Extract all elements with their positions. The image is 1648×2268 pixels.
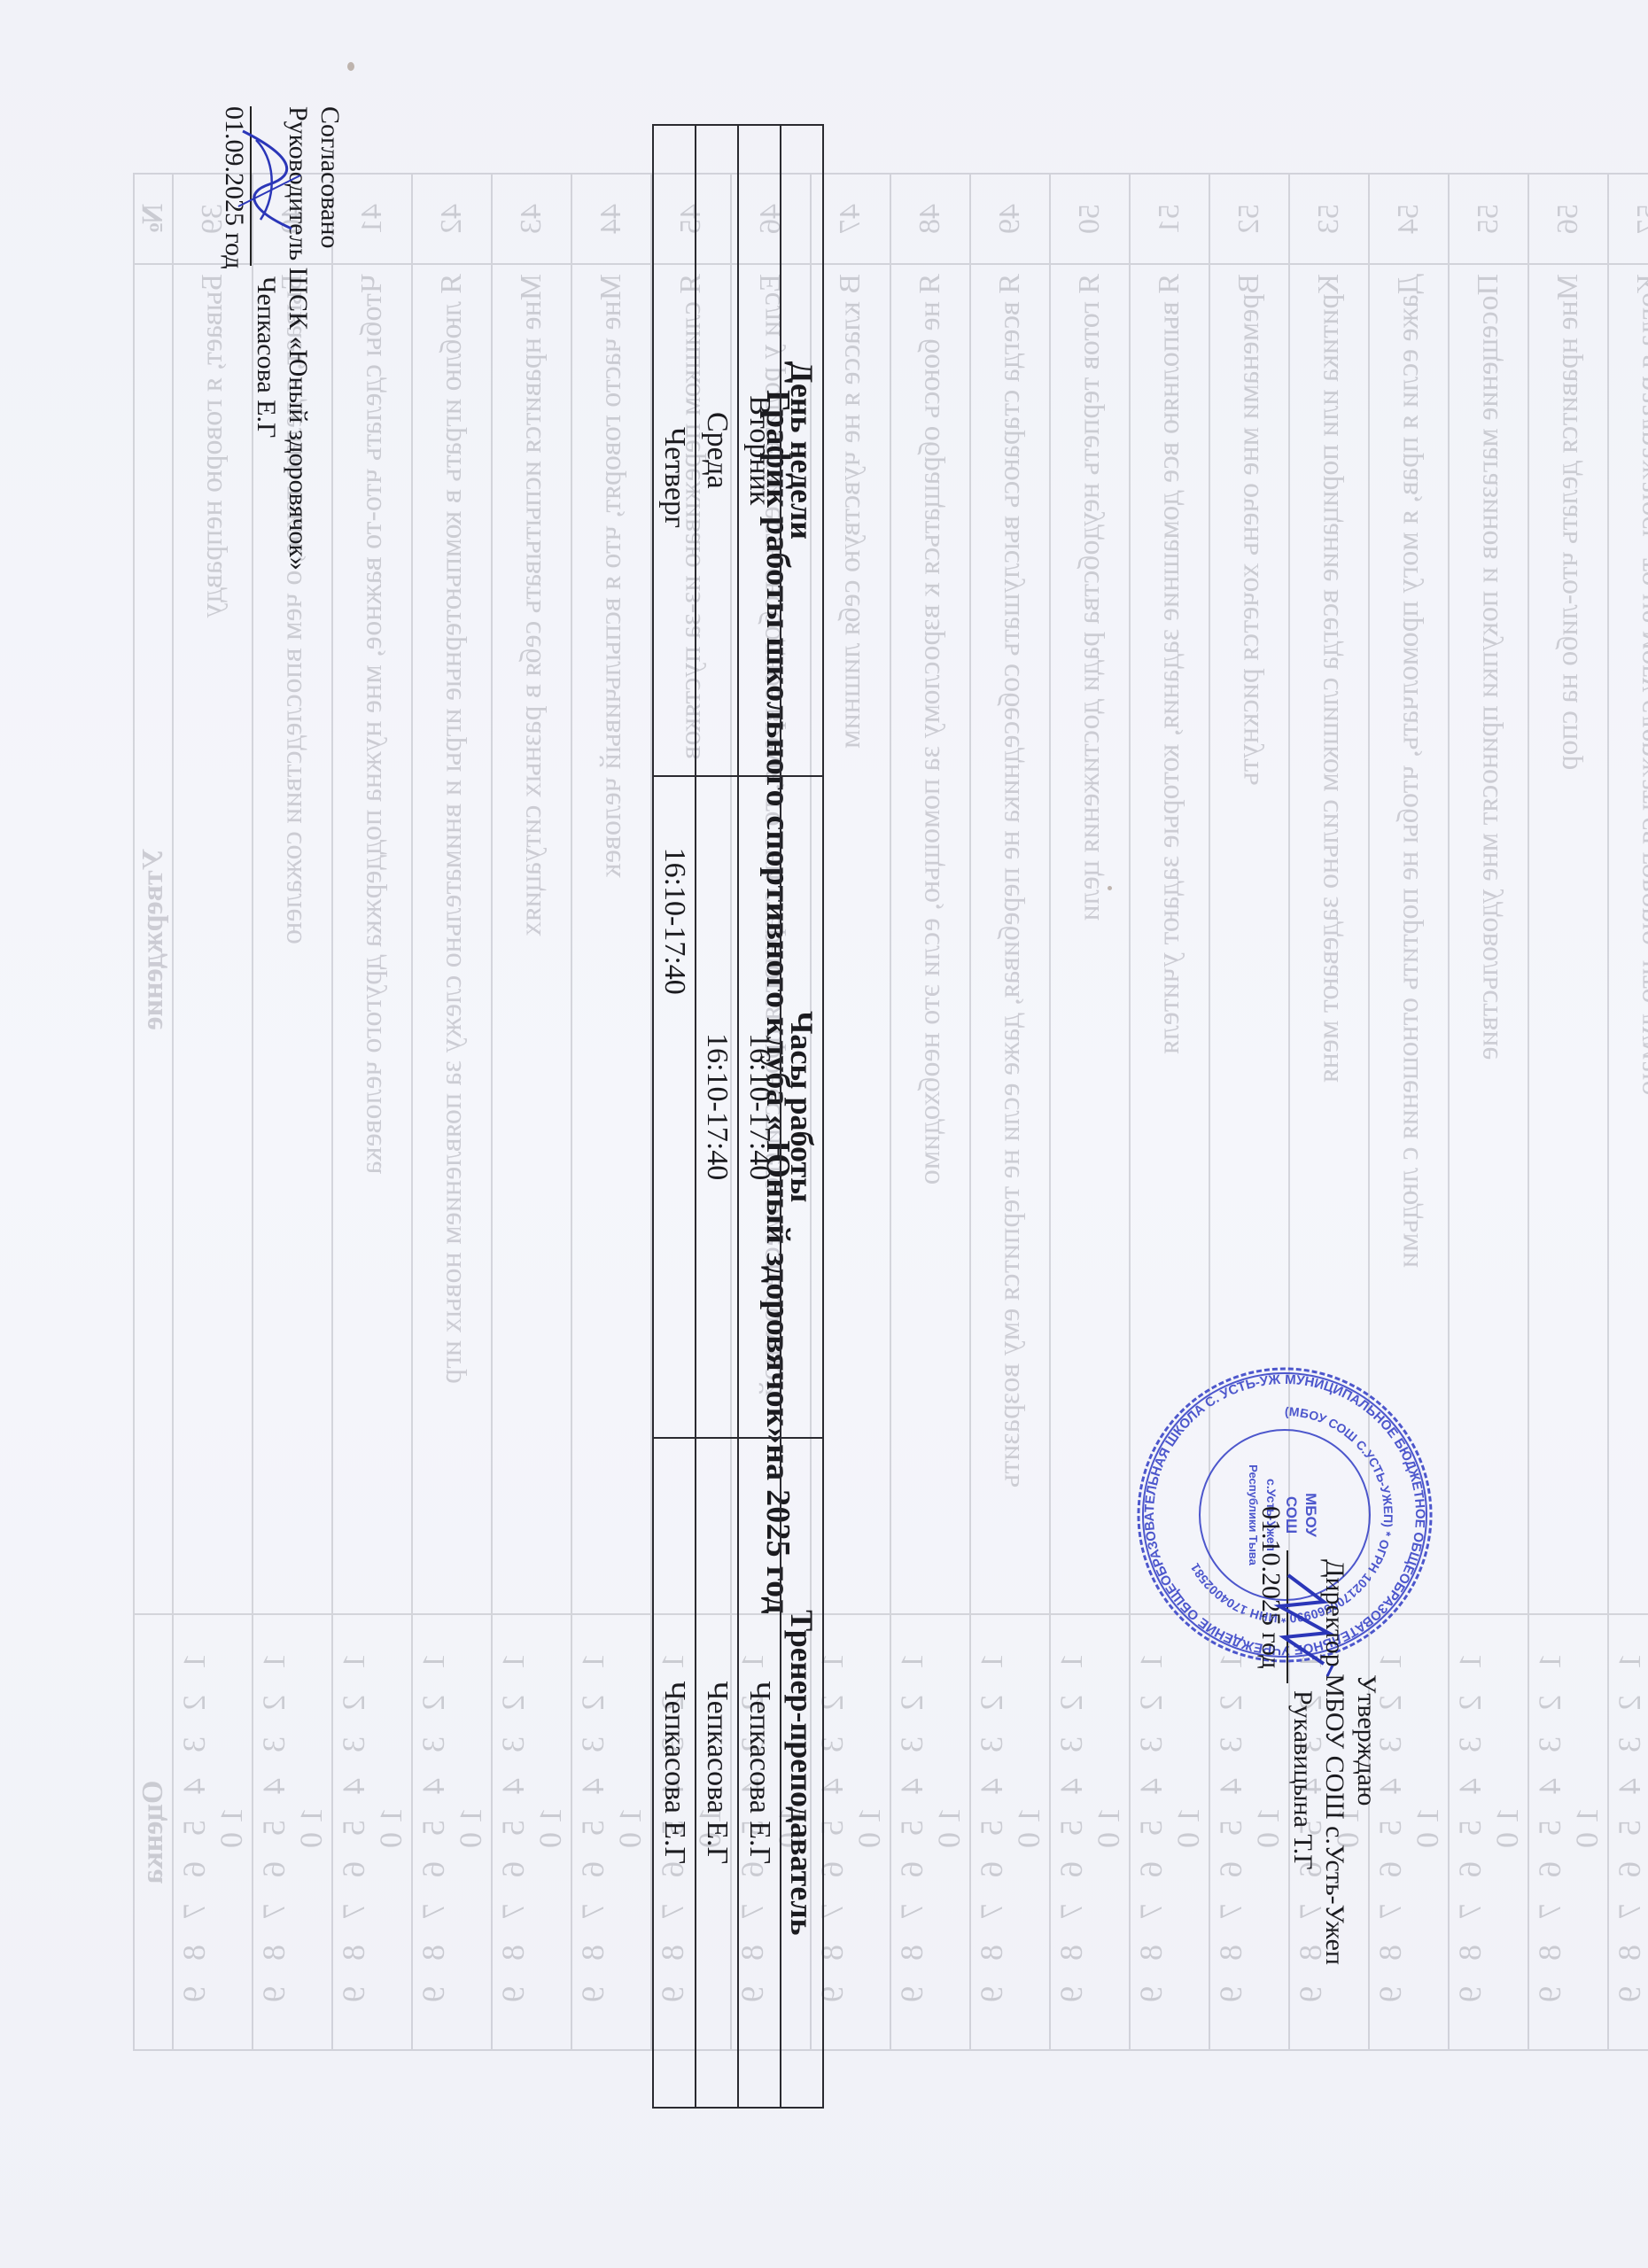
bleed-number: 57 [1608,174,1648,264]
table-row: Вторник 16:10-17:40 Чепкасова Е.Г [738,125,781,2108]
bleed-header-score: Оценка [134,1614,173,2050]
bleed-statement: Я не боюсь обращаться к взрослому за пом… [890,264,970,1614]
schedule-header-row: День недели Часы работы Тренер-преподава… [781,125,823,2108]
table-row: Среда 16:10-17:40 Чепкасова Е.Г [696,125,738,2108]
bleed-number: 44 [571,174,651,264]
bleed-number: 53 [1289,174,1369,264]
bleed-row: 48Я не боюсь обращаться к взрослому за п… [890,174,970,2050]
cell-coach: Чепкасова Е.Г [653,1438,696,2108]
bleed-row: 57Когда я раздражаюсь, то не могу сдержа… [1608,174,1648,2050]
cell-coach: Чепкасова Е.Г [696,1438,738,2108]
bleed-row: 49Я всегда стараюсь выслушать собеседник… [970,174,1050,2050]
bleed-header-number: № [134,174,173,264]
bleed-number: 55 [1449,174,1528,264]
bleed-scale: 1 2 3 4 5 6 7 8 9 10 [173,1614,253,2050]
cell-weekday: Четверг [653,125,696,776]
header-hours: Часы работы [781,776,823,1438]
header-weekday: День недели [781,125,823,776]
bleed-scale: 1 2 3 4 5 6 7 8 9 10 [970,1614,1050,2050]
header-coach: Тренер-преподаватель [781,1438,823,2108]
agreed-name: Чепкасова Е.Г [250,276,282,438]
bleed-row: 44Мне часто говорят, что я вспыльчивый ч… [571,174,651,2050]
cell-weekday: Вторник [738,125,781,776]
bleed-statement: Посещение магазинов и покупки приносят м… [1449,264,1528,1614]
signature-line [250,106,278,266]
bleed-row: 43Мне нравится испытывать себя в разных … [492,174,571,2050]
bleed-statement: Я всегда стараюсь выслушать собеседника … [970,264,1050,1614]
bleed-row: 55Посещение магазинов и покупки приносят… [1449,174,1528,2050]
cell-hours: 16:10-17:40 [653,776,696,1438]
bleed-number: 50 [1050,174,1130,264]
signature-icon [234,122,305,237]
cell-hours: 16:10-17:40 [696,776,738,1438]
bleed-row: 56Мне нравится делать что-либо на спор1 … [1528,174,1608,2050]
agreed-block: Согласовано Руководитель ШСК «Юный здоро… [218,106,346,571]
bleed-scale: 1 2 3 4 5 6 7 8 9 10 [1449,1614,1528,2050]
approved-date: 01.10.2025 год [1255,1453,1287,1965]
approved-name: Рукавицына Т.Г [1287,1690,1318,1870]
bleed-row: 51Я выполняю все домашние задания, котор… [1130,174,1209,2050]
agreed-label: Согласовано [314,106,346,571]
bleed-scale: 1 2 3 4 5 6 7 8 9 10 [571,1614,651,2050]
bleed-number: 43 [492,174,571,264]
signature-icon [1271,1566,1341,1682]
bleed-scale: 1 2 3 4 5 6 7 8 9 10 [1050,1614,1130,2050]
table-row: Четверг 16:10-17:40 Чепкасова Е.Г [653,125,696,2108]
scanned-page: № Утверждение Оценка 39Бывает, я говорю … [0,0,1648,2268]
bleed-scale: 1 2 3 4 5 6 7 8 9 10 [253,1614,332,2050]
bleed-number: 51 [1130,174,1209,264]
signature-line [1287,1550,1315,1683]
cell-coach: Чепкасова Е.Г [738,1438,781,2108]
bleed-scale: 1 2 3 4 5 6 7 8 9 10 [1528,1614,1608,2050]
bleed-statement: Я готов терпеть неудобства ради достижен… [1050,264,1130,1614]
bleed-number: 56 [1528,174,1608,264]
bleed-number: 42 [412,174,492,264]
bleed-statement: Я люблю играть в компьютерные игры и вни… [412,264,492,1614]
bleed-number: 52 [1209,174,1289,264]
bleed-scale: 1 2 3 4 5 6 7 8 9 10 [412,1614,492,2050]
bleed-statement: Мне нравится испытывать себя в разных си… [492,264,571,1614]
bleed-scale: 1 2 3 4 5 6 7 8 9 10 [1608,1614,1648,2050]
approved-block: Утверждаю Директор МБОУ СОШ с.Усть-Ужеп … [1255,1453,1382,1965]
bleed-scale: 1 2 3 4 5 6 7 8 9 10 [1130,1614,1209,2050]
bleed-number: 49 [970,174,1050,264]
schedule-table: День недели Часы работы Тренер-преподава… [652,124,824,2109]
cell-weekday: Среда [696,125,738,776]
bleed-statement: Мне нравится делать что-либо на спор [1528,264,1608,1614]
rotated-content: № Утверждение Оценка 39Бывает, я говорю … [0,0,1648,2268]
approved-position: Директор МБОУ СОШ с.Усть-Ужеп [1318,1453,1350,1965]
bleed-statement: Когда я раздражаюсь, то не могу сдержать… [1608,264,1648,1614]
bleed-statement: Мне часто говорят, что я вспыльчивый чел… [571,264,651,1614]
cell-hours: 16:10-17:40 [738,776,781,1438]
bleed-scale: 1 2 3 4 5 6 7 8 9 10 [492,1614,571,2050]
bleed-header-statement: Утверждение [134,264,173,1614]
bleed-row: 42Я люблю играть в компьютерные игры и в… [412,174,492,2050]
bleed-number: 48 [890,174,970,264]
approved-label: Утверждаю [1350,1453,1382,1965]
bleed-scale: 1 2 3 4 5 6 7 8 9 10 [332,1614,412,2050]
bleed-scale: 1 2 3 4 5 6 7 8 9 10 [890,1614,970,2050]
bleed-number: 54 [1369,174,1449,264]
bleed-row: 50Я готов терпеть неудобства ради достиж… [1050,174,1130,2050]
